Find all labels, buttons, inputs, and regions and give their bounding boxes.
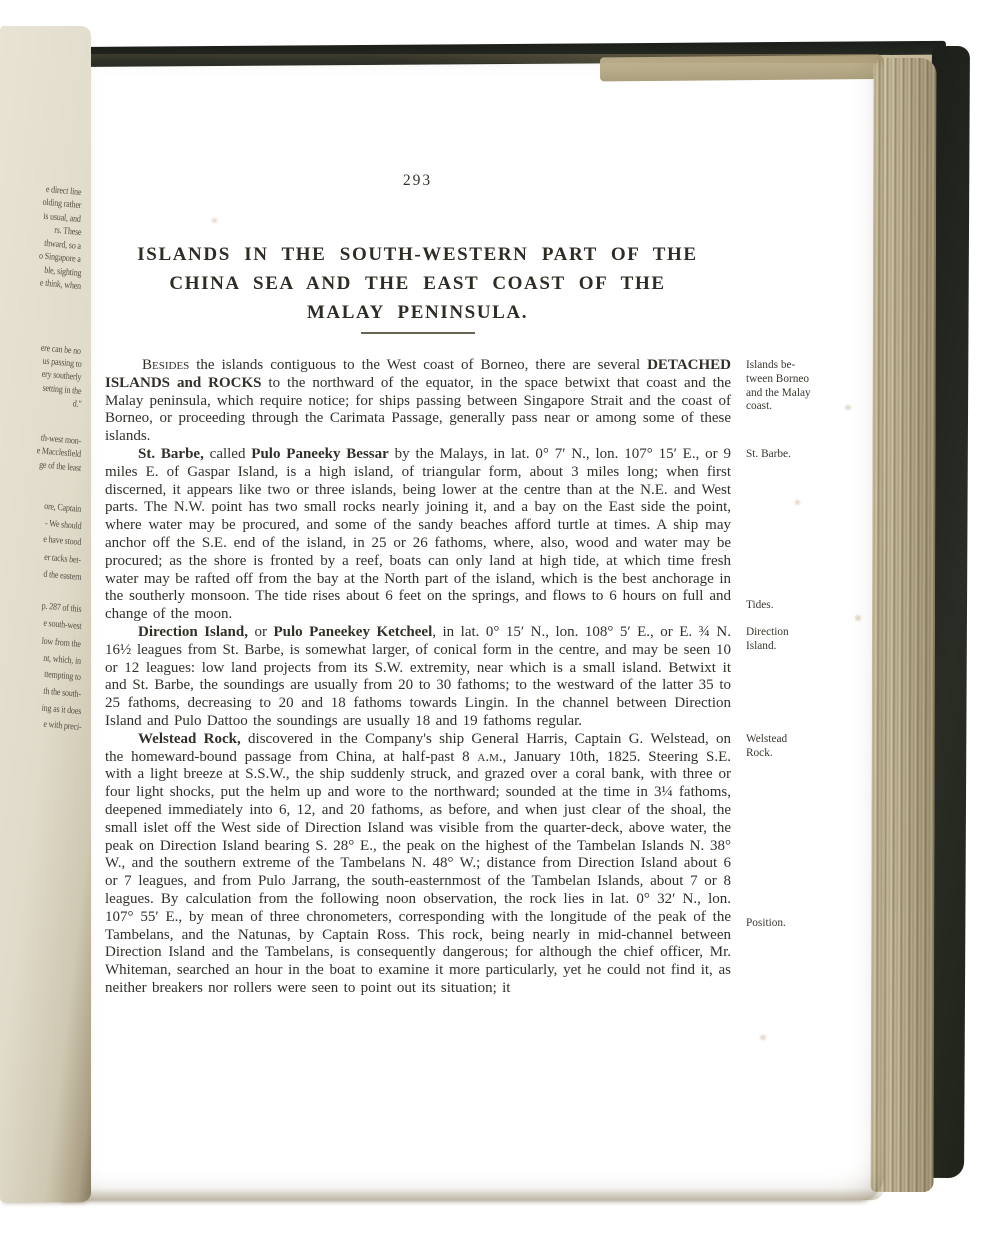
margin-note-welstead-rock: Welstead Rock. (746, 733, 838, 761)
section-divider-rule (361, 332, 475, 334)
previous-page-text-fragment: ore, Captain (44, 502, 82, 515)
page-bottom-edge-shading (56, 1188, 884, 1200)
foxing-spot (795, 500, 800, 505)
foxing-spot (855, 615, 861, 621)
previous-page-text-fragment: nt, which, in (43, 654, 81, 667)
paragraph-bold-text: Welstead Rock, (138, 731, 241, 747)
previous-page-text-fragment: d the eastern (43, 570, 82, 583)
previous-page-text-fragment: e south-west (43, 619, 82, 632)
previous-page-text-fragment: e think, when (40, 278, 82, 292)
previous-page-text-fragment: e have stood (43, 535, 82, 548)
previous-page-edge: e direct line olding rather is usual, an… (0, 26, 91, 1202)
foxing-spot (186, 843, 191, 848)
chapter-heading-line-2: CHINA SEA AND THE EAST COAST OF THE (80, 269, 755, 298)
previous-page-text-fragment: ery southerly (41, 370, 81, 383)
previous-page-text-fragment: e direct line (45, 185, 81, 198)
margin-note-islands: Islands be- tween Borneo and the Malay c… (746, 359, 838, 414)
book-page: 293 ISLANDS IN THE SOUTH-WESTERN PART OF… (56, 54, 884, 1200)
previous-page-text-fragment: o Singapore a (39, 251, 81, 265)
foxing-spot (212, 218, 217, 223)
paragraph-st-barbe: St. Barbe, called Pulo Paneeky Bessar by… (105, 446, 731, 624)
previous-page-text-fragment: p. 287 of this (41, 602, 81, 615)
paragraph-bold-text: Pulo Paneekey Ketcheel (273, 624, 432, 640)
previous-page-text-fragment: th-west mon- (40, 434, 81, 447)
paragraph-text: called (204, 446, 251, 462)
paragraph-bold-text: St. Barbe, (138, 446, 204, 462)
previous-page-text-fragment: rs. These (54, 226, 82, 238)
page-number: 293 (105, 172, 730, 190)
chapter-heading-line-3: MALAY PENINSULA. (80, 298, 755, 327)
previous-page-text-fragment: - We should (44, 519, 81, 532)
previous-page-text-fragment: ble, sighting (43, 266, 81, 279)
paragraph-lead-smallcaps: Besides (142, 357, 189, 373)
previous-page-text-fragment: ttempting to (44, 670, 82, 683)
chapter-heading: ISLANDS IN THE SOUTH-WESTERN PART OF THE… (80, 240, 755, 327)
paragraph-text: the islands contiguous to the West coast… (189, 357, 647, 373)
previous-page-text-fragment: e with preci- (43, 720, 82, 733)
paragraph-welstead-rock: Welstead Rock, discovered in the Company… (105, 731, 731, 998)
previous-page-text-fragment: setting in the (42, 384, 82, 397)
paragraph-text: by the Malays, in lat. 0° 7′ N., lon. 10… (105, 446, 731, 622)
previous-page-text-fragment: thward, so a (44, 239, 82, 252)
paragraph-direction-island: Direction Island, or Pulo Paneekey Ketch… (105, 624, 731, 731)
chapter-heading-line-1: ISLANDS IN THE SOUTH-WESTERN PART OF THE (80, 240, 755, 269)
paragraph-bold-text: Direction Island, (138, 624, 248, 640)
margin-note-st-barbe: St. Barbe. (746, 448, 838, 462)
paragraph-text: , January 10th, 1825. Steering S.E. with… (105, 749, 731, 996)
foxing-spot (845, 405, 851, 410)
margin-note-tides: Tides. (746, 599, 838, 613)
book-photo: 293 ISLANDS IN THE SOUTH-WESTERN PART OF… (0, 0, 990, 1260)
body-text-column: Besides the islands contiguous to the We… (105, 357, 731, 998)
previous-page-text-fragment: d." (72, 399, 82, 410)
previous-page-text-fragment: ge of the least (39, 460, 82, 474)
margin-note-direction-island: Direction Island. (746, 626, 838, 654)
previous-page-text-fragment: is usual, and (43, 212, 81, 225)
previous-page-text-fragment: ing as it does (41, 704, 81, 717)
previous-page-text-fragment: ere can be no (41, 344, 82, 357)
previous-page-text-fragment: us passing to (42, 357, 82, 370)
foxing-spot (760, 1035, 766, 1040)
paragraph-islands: Besides the islands contiguous to the We… (105, 357, 731, 446)
paragraph-smallcaps-text: a.m. (477, 749, 502, 765)
previous-page-text-fragment: olding rather (42, 198, 82, 211)
paragraph-text: or (248, 624, 273, 640)
page-top-edge-shading (404, 54, 884, 63)
paragraph-bold-text: Pulo Paneeky Bessar (251, 446, 389, 462)
margin-note-position: Position. (746, 917, 838, 931)
previous-page-text-fragment: low from the (41, 637, 81, 650)
previous-page-text-fragment: er tacks bet- (44, 553, 82, 566)
previous-page-text-fragment: e Macclesfield (36, 446, 81, 460)
previous-page-text-fragment: th the south- (43, 687, 81, 700)
